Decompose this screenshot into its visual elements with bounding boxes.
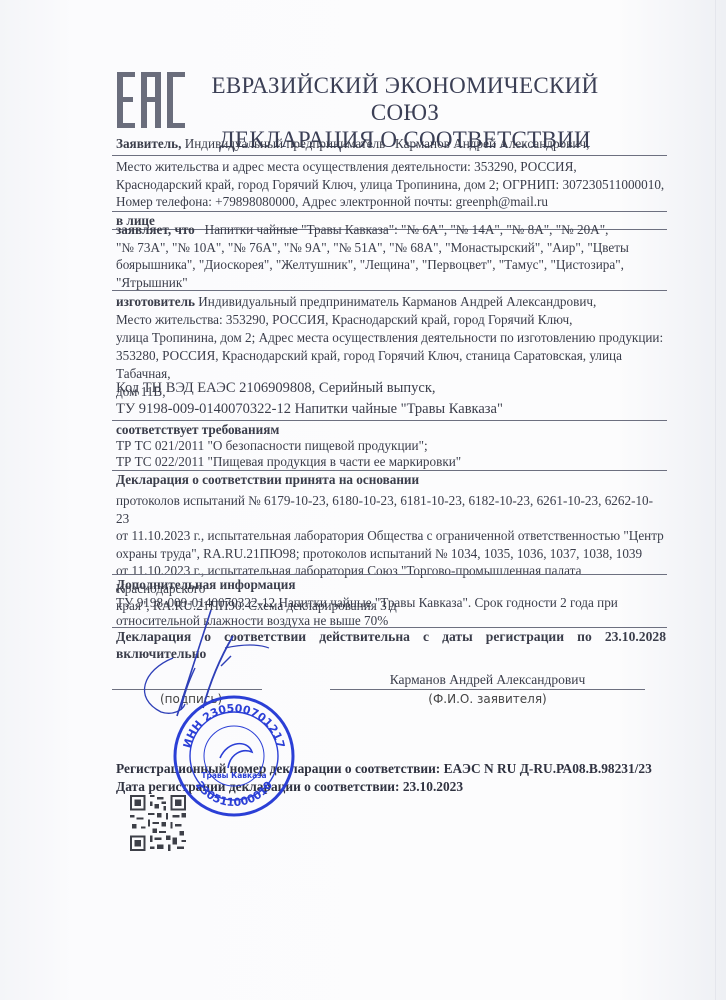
- manufacturer-label: изготовитель: [116, 294, 195, 309]
- manufacturer-line: Место жительства: 353290, РОССИЯ, Красно…: [116, 311, 666, 329]
- name-caption: (Ф.И.О. заявителя): [330, 692, 645, 706]
- requirement-item: ТР ТС 021/2011 "О безопасности пищевой п…: [116, 438, 666, 454]
- applicant-name: Карманов Андрей Александрович: [330, 671, 645, 689]
- page-edge: [715, 0, 716, 1000]
- additional-label: Дополнительная информация: [116, 576, 666, 594]
- product-line: боярышника", "Диоскорея", "Желтушник", "…: [116, 256, 666, 274]
- product-code-block: Код ТН ВЭД ЕАЭС 2106909808, Серийный вып…: [116, 378, 666, 420]
- address-line: Номер телефона: +79898080000, Адрес элек…: [116, 193, 666, 211]
- svg-text:Травы Кавказа: Травы Кавказа: [201, 771, 266, 780]
- applicant-value: Индивидуальный предприниматель Карманов …: [185, 136, 590, 151]
- product-line: "№ 73А", "№ 10А", "№ 76А", "№ 9А", "№ 51…: [116, 239, 666, 257]
- basis-line: протоколов испытаний № 6179-10-23, 6180-…: [116, 492, 666, 527]
- address-line: Краснодарский край, город Горячий Ключ, …: [116, 176, 666, 194]
- eac-mark-icon: [117, 72, 185, 128]
- declaration-page: ЕВРАЗИЙСКИЙ ЭКОНОМИЧЕСКИЙ СОЮЗ ДЕКЛАРАЦИ…: [0, 0, 726, 1000]
- divider: [112, 155, 667, 156]
- company-stamp-icon: ИНН 230500701217 230511000010 Травы Кавк…: [172, 694, 296, 818]
- hs-code-line: Код ТН ВЭД ЕАЭС 2106909808, Серийный вып…: [116, 378, 666, 399]
- product-line: Напитки чайные "Травы Кавказа": "№ 6А", …: [205, 222, 609, 237]
- basis-line: охраны труда", RA.RU.21ПЮ98; протоколов …: [116, 545, 666, 563]
- declares-label: заявляет, что: [116, 222, 195, 237]
- manufacturer-line: улица Тропинина, дом 2; Адрес места осущ…: [116, 329, 666, 347]
- svg-text:230511000010: 230511000010: [193, 779, 276, 810]
- declares-block: заявляет, что Напитки чайные "Травы Кавк…: [116, 221, 666, 291]
- requirements-block: соответствует требованиям ТР ТС 021/2011…: [116, 422, 666, 470]
- tu-line: ТУ 9198-009-0140070322-12 Напитки чайные…: [116, 399, 666, 420]
- address-line: Место жительства и адрес места осуществл…: [116, 158, 666, 176]
- title-union: ЕВРАЗИЙСКИЙ ЭКОНОМИЧЕСКИЙ СОЮЗ: [190, 72, 620, 126]
- applicant-address: Место жительства и адрес места осуществл…: [116, 158, 666, 211]
- requirement-item: ТР ТС 022/2011 "Пищевая продукция в част…: [116, 454, 666, 470]
- basis-line: от 11.10.2023 г., испытательная лаборато…: [116, 527, 666, 545]
- manufacturer-value: Индивидуальный предприниматель Карманов …: [198, 294, 596, 309]
- requirements-label: соответствует требованиям: [116, 422, 666, 438]
- applicant-label: Заявитель,: [116, 136, 181, 151]
- applicant-row: Заявитель, Индивидуальный предпринимател…: [116, 135, 666, 153]
- divider: [112, 290, 667, 291]
- basis-label: Декларация о соответствии принята на осн…: [116, 471, 666, 489]
- qr-code-icon: [130, 795, 186, 851]
- name-line: [330, 689, 645, 690]
- product-line: "Ятрышник": [116, 274, 666, 292]
